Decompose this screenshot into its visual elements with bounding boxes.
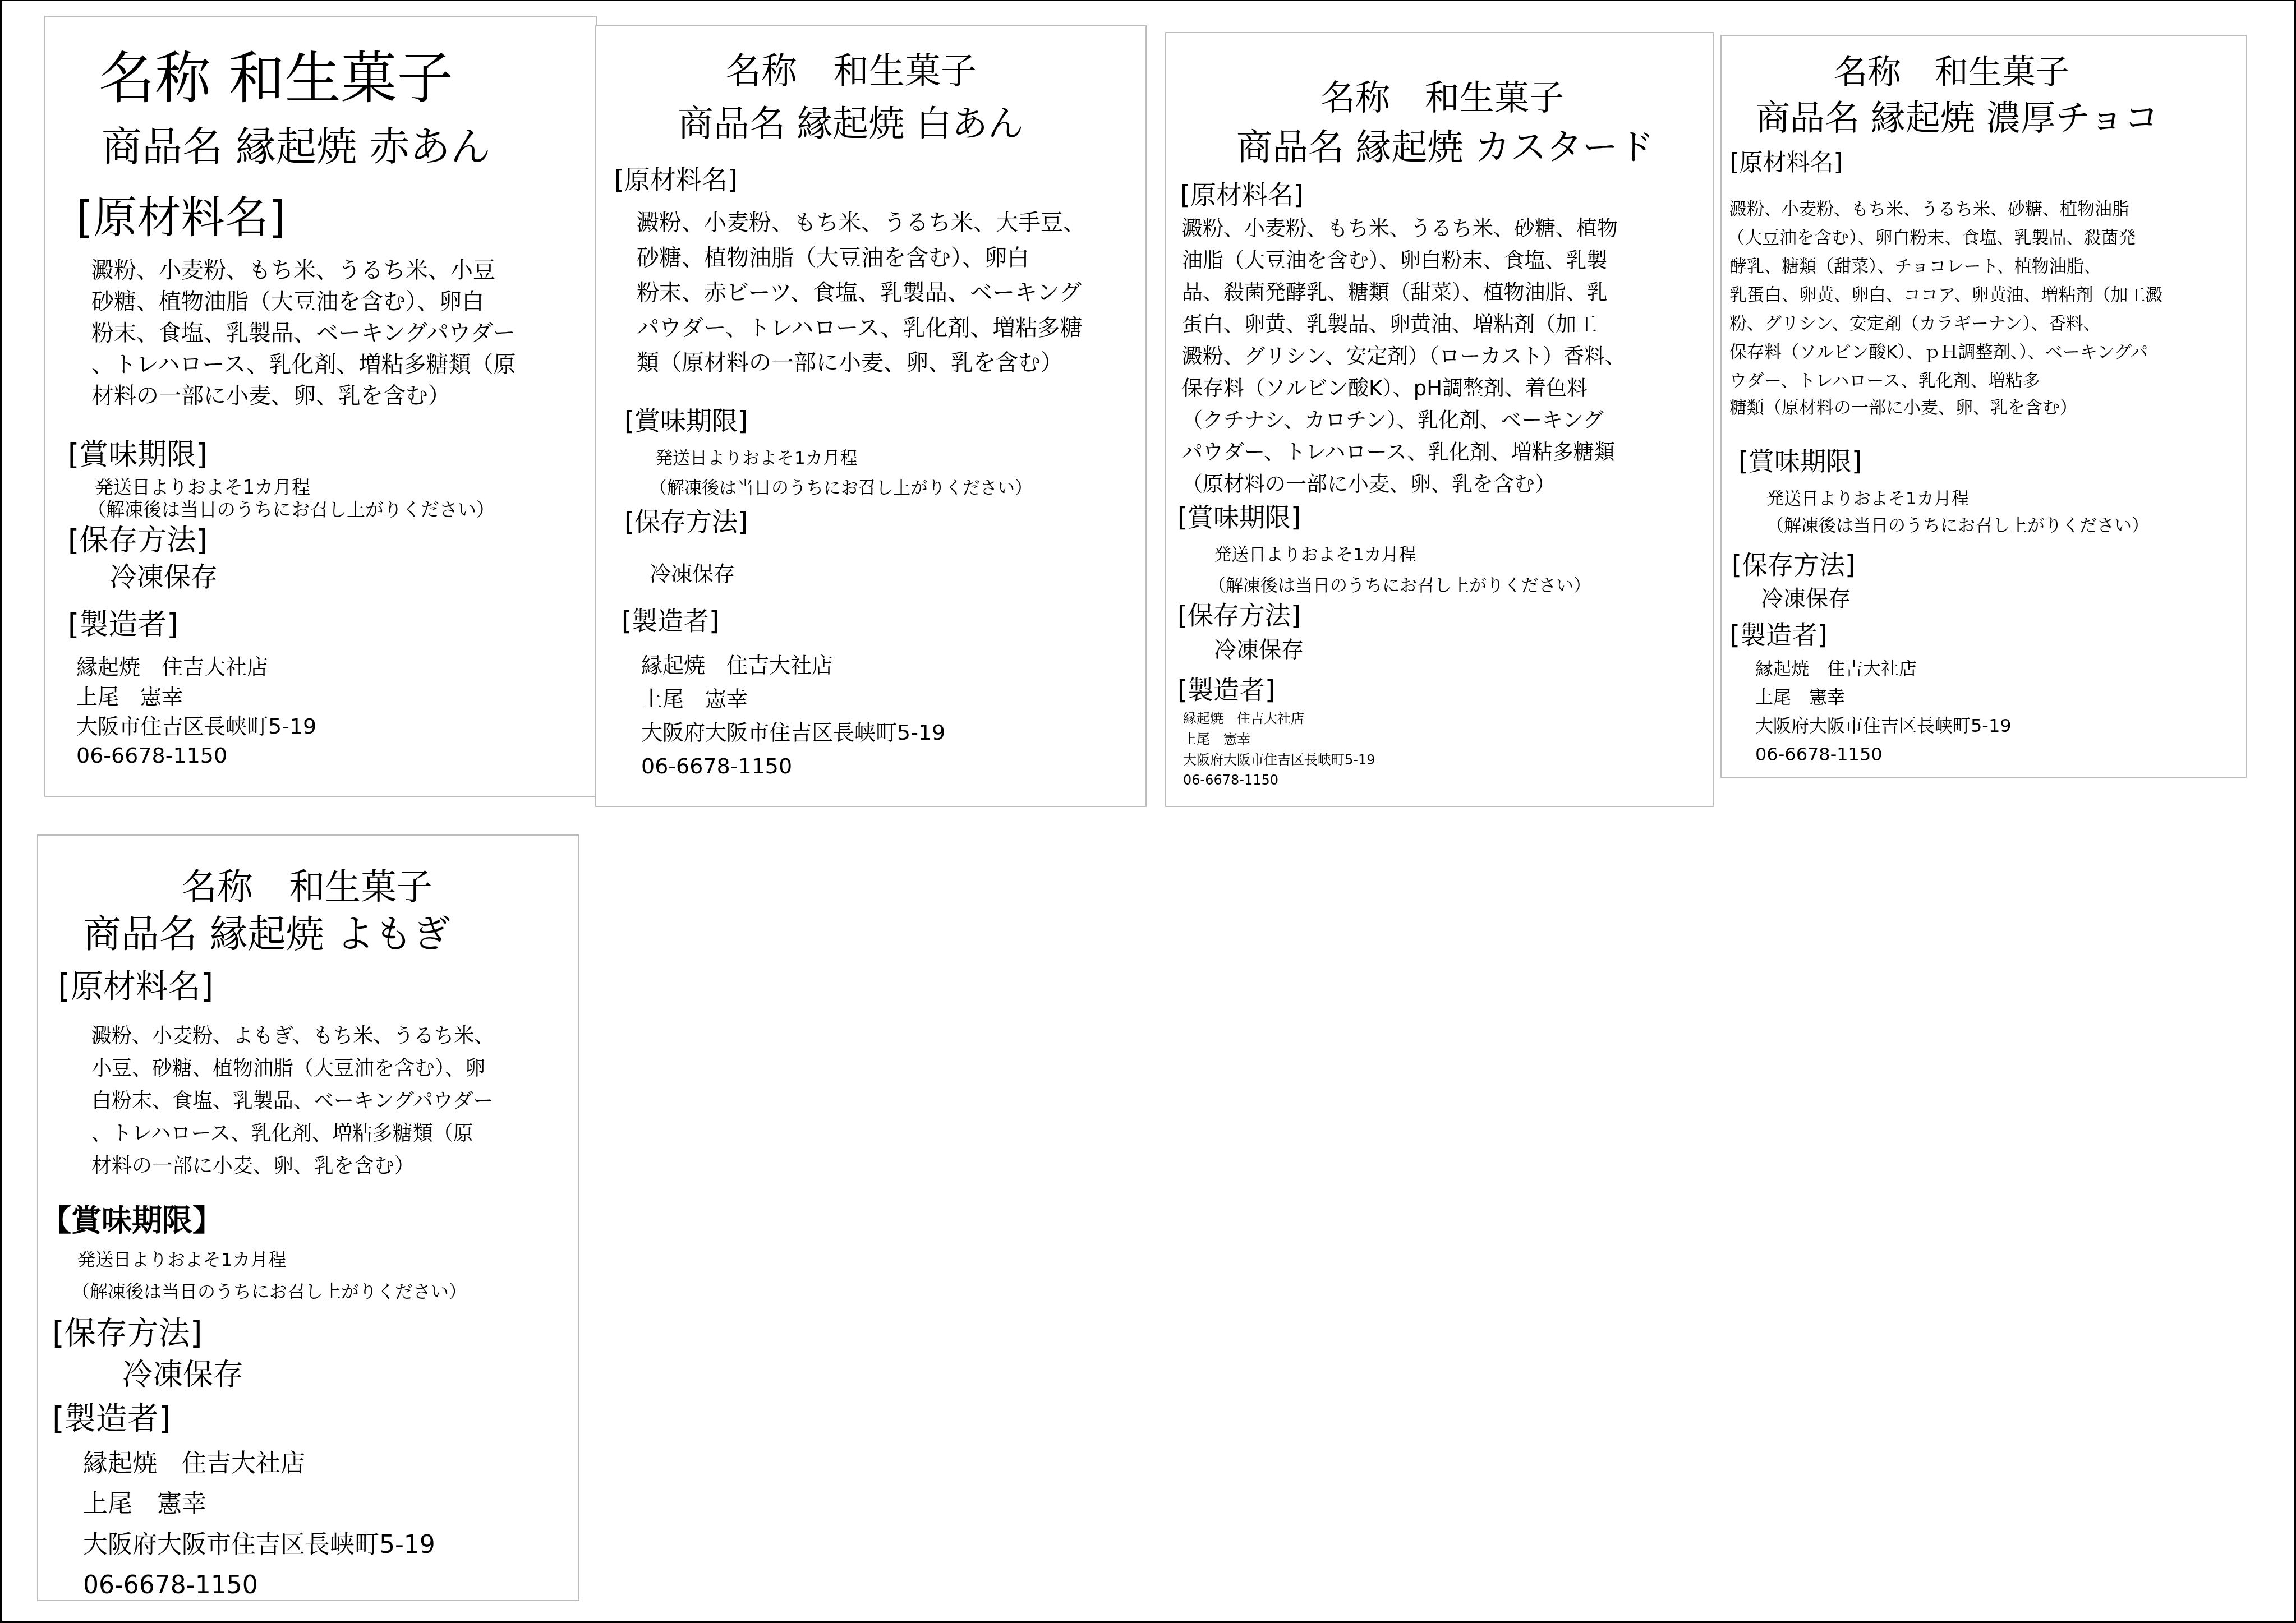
label-card-shiroan: 名称 和生菓子 商品名 縁起焼 白あん [原材料名] 澱粉、小麦粉、もち米、うる… xyxy=(595,25,1147,807)
storage-value: 冷凍保存 xyxy=(650,563,735,584)
storage-heading: [保存方法] xyxy=(624,509,748,534)
maker-person: 上尾 憲幸 xyxy=(1755,688,1845,706)
maker-shop: 縁起焼 住吉大社店 xyxy=(641,654,833,676)
maker-heading: [製造者] xyxy=(622,608,719,634)
storage-heading: [保存方法] xyxy=(1732,552,1855,578)
ingredients-line: 澱粉、グリシン、安定剤）（ローカスト）香料、 xyxy=(1182,346,1626,367)
maker-heading: [製造者] xyxy=(1177,677,1275,703)
ingredients-line: ウダー、トレハロース、乳化剤、増粘多 xyxy=(1729,372,2040,390)
ingredients-line: 粉、グリシン、安定剤（カラギーナン）、香料、 xyxy=(1729,315,2101,333)
ingredients-line: 材料の一部に小麦、卵、乳を含む） xyxy=(91,1156,415,1177)
maker-heading: [製造者] xyxy=(68,610,178,639)
maker-phone: 06-6678-1150 xyxy=(1183,773,1278,787)
shelf-life-line-1: 発送日よりおよそ1カ月程 xyxy=(1214,546,1416,564)
ingredients-line: 白粉末、食塩、乳製品、ベーキングパウダー xyxy=(91,1091,493,1112)
maker-heading: [製造者] xyxy=(1730,622,1828,648)
maker-phone: 06-6678-1150 xyxy=(641,755,792,777)
shelf-life-line-1: 発送日よりおよそ1カ月程 xyxy=(77,1251,286,1269)
ingredients-heading: [原材料名] xyxy=(76,196,286,240)
shelf-life-heading: [賞味期限] xyxy=(68,440,208,469)
ingredients-line: 保存料（ソルビン酸K）、ｐＨ調整剤、）、ベーキングパ xyxy=(1729,344,2148,361)
ingredients-line: 澱粉、小麦粉、もち米、うるち米、大手豆、 xyxy=(637,211,1085,234)
product-name: 商品名 縁起焼 赤あん xyxy=(102,126,491,167)
storage-heading: [保存方法] xyxy=(1177,602,1301,628)
label-card-custard: 名称 和生菓子 商品名 縁起焼 カスタード [原材料名] 澱粉、小麦粉、もち米、… xyxy=(1165,32,1714,807)
ingredients-line: （大豆油を含む）、卵白粉末、食塩、乳製品、殺菌発 xyxy=(1727,229,2136,247)
shelf-life-line-2: （解凍後は当日のうちにお召し上がりください） xyxy=(1208,577,1591,594)
name-label: 名称 和生菓子 xyxy=(1320,81,1564,116)
maker-shop: 縁起焼 住吉大社店 xyxy=(76,656,268,677)
maker-heading: [製造者] xyxy=(52,1403,171,1435)
name-label: 名称 和生菓子 xyxy=(181,869,432,905)
shelf-life-line-1: 発送日よりおよそ1カ月程 xyxy=(95,478,310,496)
name-label: 名称 和生菓子 xyxy=(99,50,453,107)
product-name: 商品名 縁起焼 よもぎ xyxy=(83,916,450,954)
ingredients-heading: [原材料名] xyxy=(1180,182,1304,208)
maker-shop: 縁起焼 住吉大社店 xyxy=(83,1451,305,1476)
maker-person: 上尾 憲幸 xyxy=(1183,732,1250,746)
maker-address: 大阪府大阪市住吉区長峡町5-19 xyxy=(83,1533,435,1557)
maker-shop: 縁起焼 住吉大社店 xyxy=(1755,660,1917,677)
maker-address: 大阪府大阪市住吉区長峡町5-19 xyxy=(1755,717,2012,735)
maker-person: 上尾 憲幸 xyxy=(76,686,183,707)
name-label: 名称 和生菓子 xyxy=(1834,56,2069,89)
ingredients-line: 蛋白、卵黄、乳製品、卵黄油、増粘剤（加工 xyxy=(1182,314,1597,335)
maker-phone: 06-6678-1150 xyxy=(1755,745,1883,763)
ingredients-line: 、トレハロース、乳化剤、増粘多糖類（原 xyxy=(91,353,516,376)
shelf-life-heading: 【賞味期限】 xyxy=(41,1206,223,1236)
maker-phone: 06-6678-1150 xyxy=(76,745,227,766)
ingredients-line: 品、殺菌発酵乳、糖類（甜菜）、植物油脂、乳 xyxy=(1182,282,1608,303)
ingredients-line: 糖類（原材料の一部に小麦、卵、乳を含む） xyxy=(1729,399,2077,417)
ingredients-line: 砂糖、植物油脂（大豆油を含む）、卵白 xyxy=(637,247,1029,269)
shelf-life-line-2: （解凍後は当日のうちにお召し上がりください） xyxy=(1766,517,2149,534)
maker-address: 大阪府大阪市住吉区長峡町5-19 xyxy=(1183,753,1375,767)
shelf-life-line-1: 発送日よりおよそ1カ月程 xyxy=(655,450,858,467)
label-card-yomogi: 名称 和生菓子 商品名 縁起焼 よもぎ [原材料名] 澱粉、小麦粉、よもぎ、もち… xyxy=(37,834,579,1601)
ingredients-line: 澱粉、小麦粉、よもぎ、もち米、うるち米、 xyxy=(91,1026,495,1046)
shelf-life-heading: [賞味期限] xyxy=(1738,448,1862,474)
ingredients-line: 油脂（大豆油を含む）、卵白粉末、食塩、乳製 xyxy=(1182,250,1608,271)
ingredients-line: 保存料（ソルビン酸K）、pH調整剤、着色料 xyxy=(1182,378,1588,399)
storage-heading: [保存方法] xyxy=(68,526,208,555)
shelf-life-line-2: （解凍後は当日のうちにお召し上がりください） xyxy=(72,1283,467,1301)
ingredients-line: 粉末、食塩、乳製品、ベーキングパウダー xyxy=(91,322,516,344)
product-name: 商品名 縁起焼 白あん xyxy=(678,106,1024,142)
ingredients-line: （原材料の一部に小麦、卵、乳を含む） xyxy=(1182,474,1556,495)
ingredients-line: 材料の一部に小麦、卵、乳を含む） xyxy=(91,385,450,407)
ingredients-line: パウダー、トレハロース、乳化剤、増粘多糖 xyxy=(637,317,1082,339)
ingredients-line: 澱粉、小麦粉、もち米、うるち米、小豆 xyxy=(91,259,495,282)
ingredients-heading: [原材料名] xyxy=(1730,151,1843,174)
name-label: 名称 和生菓子 xyxy=(725,53,977,89)
ingredients-line: 粉末、赤ビーツ、食塩、乳製品、ベーキング xyxy=(637,282,1082,304)
shelf-life-line-2: （解凍後は当日のうちにお召し上がりください） xyxy=(88,500,495,519)
ingredients-line: 類（原材料の一部に小麦、卵、乳を含む） xyxy=(637,352,1063,374)
maker-shop: 縁起焼 住吉大社店 xyxy=(1183,712,1304,725)
ingredients-line: 、トレハロース、乳化剤、増粘多糖類（原 xyxy=(91,1124,473,1144)
ingredients-line: 乳蛋白、卵黄、卵白、ココア、卵黄油、増粘剤（加工澱 xyxy=(1729,287,2163,304)
maker-person: 上尾 憲幸 xyxy=(641,688,748,709)
ingredients-line: （クチナシ、カロチン）、乳化剤、ベーキング xyxy=(1182,410,1604,431)
storage-heading: [保存方法] xyxy=(52,1318,203,1349)
product-name: 商品名 縁起焼 カスタード xyxy=(1236,130,1654,165)
ingredients-line: 酵乳、糖類（甜菜）、チョコレート、植物油脂、 xyxy=(1729,258,2101,275)
ingredients-heading: [原材料名] xyxy=(58,970,213,1003)
ingredients-line: 小豆、砂糖、植物油脂（大豆油を含む）、卵 xyxy=(91,1059,485,1079)
storage-value: 冷凍保存 xyxy=(122,1360,243,1390)
ingredients-line: パウダー、トレハロース、乳化剤、増粘多糖類 xyxy=(1182,442,1615,463)
maker-person: 上尾 憲幸 xyxy=(83,1492,206,1516)
label-card-chocolate: 名称 和生菓子 商品名 縁起焼 濃厚チョコ [原材料名] 澱粉、小麦粉、もち米、… xyxy=(1720,35,2247,778)
shelf-life-heading: [賞味期限] xyxy=(1177,504,1301,530)
ingredients-line: 澱粉、小麦粉、もち米、うるち米、砂糖、植物 xyxy=(1182,218,1618,239)
maker-address: 大阪府大阪市住吉区長峡町5-19 xyxy=(641,722,945,743)
ingredients-line: 砂糖、植物油脂（大豆油を含む）、卵白 xyxy=(91,291,484,313)
maker-phone: 06-6678-1150 xyxy=(83,1573,258,1598)
shelf-life-heading: [賞味期限] xyxy=(624,408,748,434)
storage-value: 冷凍保存 xyxy=(1214,639,1304,661)
maker-address: 大阪市住吉区長峡町5-19 xyxy=(76,716,316,737)
storage-value: 冷凍保存 xyxy=(1761,588,1851,610)
product-name: 商品名 縁起焼 濃厚チョコ xyxy=(1755,101,2159,136)
label-card-akaan: 名称 和生菓子 商品名 縁起焼 赤あん [原材料名] 澱粉、小麦粉、もち米、うる… xyxy=(44,16,597,797)
shelf-life-line-2: （解凍後は当日のうちにお召し上がりください） xyxy=(650,479,1032,497)
ingredients-line: 澱粉、小麦粉、もち米、うるち米、砂糖、植物油脂 xyxy=(1729,201,2129,218)
ingredients-heading: [原材料名] xyxy=(614,167,738,192)
storage-value: 冷凍保存 xyxy=(110,564,218,591)
shelf-life-line-1: 発送日よりおよそ1カ月程 xyxy=(1766,490,1969,508)
